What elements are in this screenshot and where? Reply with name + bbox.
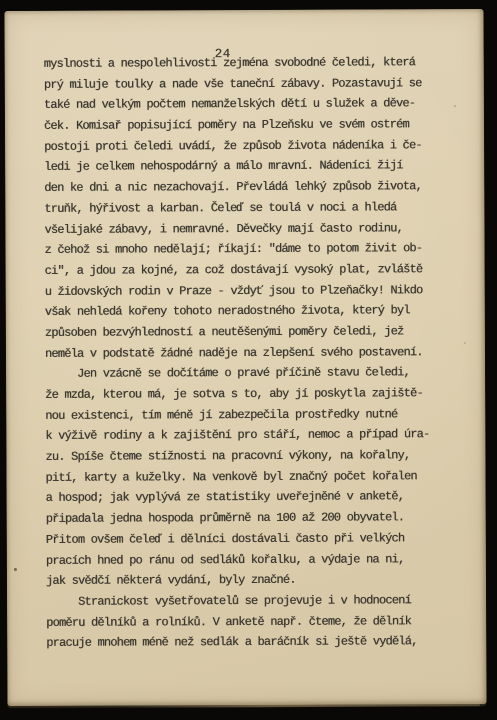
text-line: poměru dělníků a rolníků. V anketě např.…	[46, 611, 478, 634]
text-line: truňk, hýřivost a karban. Čeleď se toulá…	[44, 197, 476, 220]
text-line: také nad velkým počtem nemanželských dět…	[44, 93, 476, 116]
text-line: pracích hned po ránu od sedláků kořalku,…	[46, 548, 478, 571]
text-line: Jen vzácně se dočítáme o pravé příčině s…	[45, 362, 477, 385]
text-line: den ke dni a nic nezachovají. Převládá l…	[44, 176, 476, 199]
typewritten-text-block: myslnosti a nespolehlivosti zejména svob…	[44, 52, 479, 654]
document-page: 24 myslnosti a nespolehlivosti zejména s…	[4, 9, 486, 706]
dust-speck	[14, 568, 17, 571]
text-line: Stranickost vyšetřovatelů se projevuje i…	[46, 590, 478, 613]
text-line: myslnosti a nespolehlivosti zejména svob…	[44, 52, 476, 75]
text-line: pití, karty a kuželky. Na venkově byl zn…	[45, 466, 477, 489]
text-line: z čehož si mnoho nedělají; říkají: "dáme…	[44, 238, 476, 261]
dust-speck	[464, 342, 466, 344]
book-scan-background: 24 myslnosti a nespolehlivosti zejména s…	[0, 0, 497, 720]
text-line: prý miluje toulky a nade vše taneční záb…	[44, 73, 476, 96]
text-line: neměla v podstatě žádné naděje na zlepše…	[45, 342, 477, 365]
text-line: ci", a jdou za kojné, za což dostávají v…	[45, 259, 477, 282]
text-line: připadala jedna hospoda průměrně na 100 …	[46, 507, 478, 530]
text-line: postoji proti čeledi uvádí, že způsob ži…	[44, 135, 476, 158]
text-line: že mzda, kterou má, je sotva s to, aby j…	[45, 383, 477, 406]
text-line: jak svědčí některá vydání, byly značné.	[46, 569, 478, 592]
dust-speck	[82, 625, 84, 627]
text-line: zu. Spíše čteme stížnosti na pracovní vý…	[45, 445, 477, 468]
dust-speck	[454, 105, 456, 107]
text-line: pracuje mnohem méně než sedlák a baráční…	[46, 631, 478, 654]
text-line: ček. Komisař popisující poměry na Plzeňs…	[44, 114, 476, 137]
text-line: Přitom ovšem čeleď i dělníci dostávali č…	[46, 528, 478, 551]
text-line: všelijaké zábavy, i nemravné. Děvečky ma…	[44, 217, 476, 240]
text-line: u židovských rodin v Praze - vždyť jsou …	[45, 280, 477, 303]
text-line: však nehledá kořeny tohoto neradostného …	[45, 300, 477, 323]
text-line: nou existenci, tím méně jí zabezpečila p…	[45, 404, 477, 427]
text-line: ledi je celkem nehospodárný a málo mravn…	[44, 155, 476, 178]
text-line: k výživě rodiny a k zajištění pro stáří,…	[45, 424, 477, 447]
text-line: a hospod; jak vyplývá ze statistiky uveř…	[46, 486, 478, 509]
text-line: způsoben bezvýhledností a neutěšenými po…	[45, 321, 477, 344]
